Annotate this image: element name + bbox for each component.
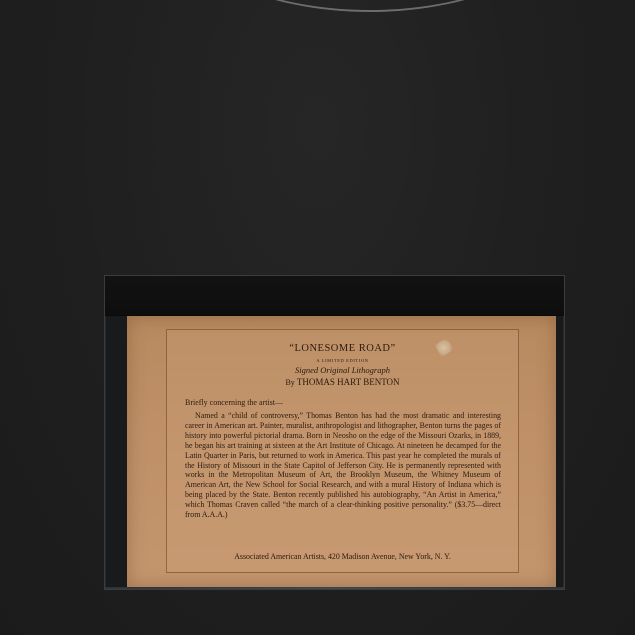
label-title: “LONESOME ROAD”: [167, 343, 518, 354]
wire-arc: [170, 0, 570, 12]
label-byline: By THOMAS HART BENTON: [167, 377, 518, 387]
label-intro: Briefly concerning the artist—: [185, 398, 283, 407]
artist-name: THOMAS HART BENTON: [297, 377, 400, 387]
label-edition: A Limited Edition: [167, 358, 518, 363]
byline-prefix: By: [285, 378, 294, 387]
label-subtitle: Signed Original Lithograph: [167, 365, 518, 375]
photo-scene: “LONESOME ROAD” A Limited Edition Signed…: [0, 0, 635, 635]
label-footer: Associated American Artists, 420 Madison…: [167, 552, 518, 561]
label-body: Named a “child of controversy,” Thomas B…: [185, 411, 501, 520]
gallery-label: “LONESOME ROAD” A Limited Edition Signed…: [127, 316, 556, 587]
sleeve-bottom-edge: [105, 587, 564, 589]
label-inner-border: “LONESOME ROAD” A Limited Edition Signed…: [166, 329, 519, 573]
sleeve-black-strip: [105, 276, 564, 316]
plastic-sleeve: “LONESOME ROAD” A Limited Edition Signed…: [104, 275, 565, 590]
